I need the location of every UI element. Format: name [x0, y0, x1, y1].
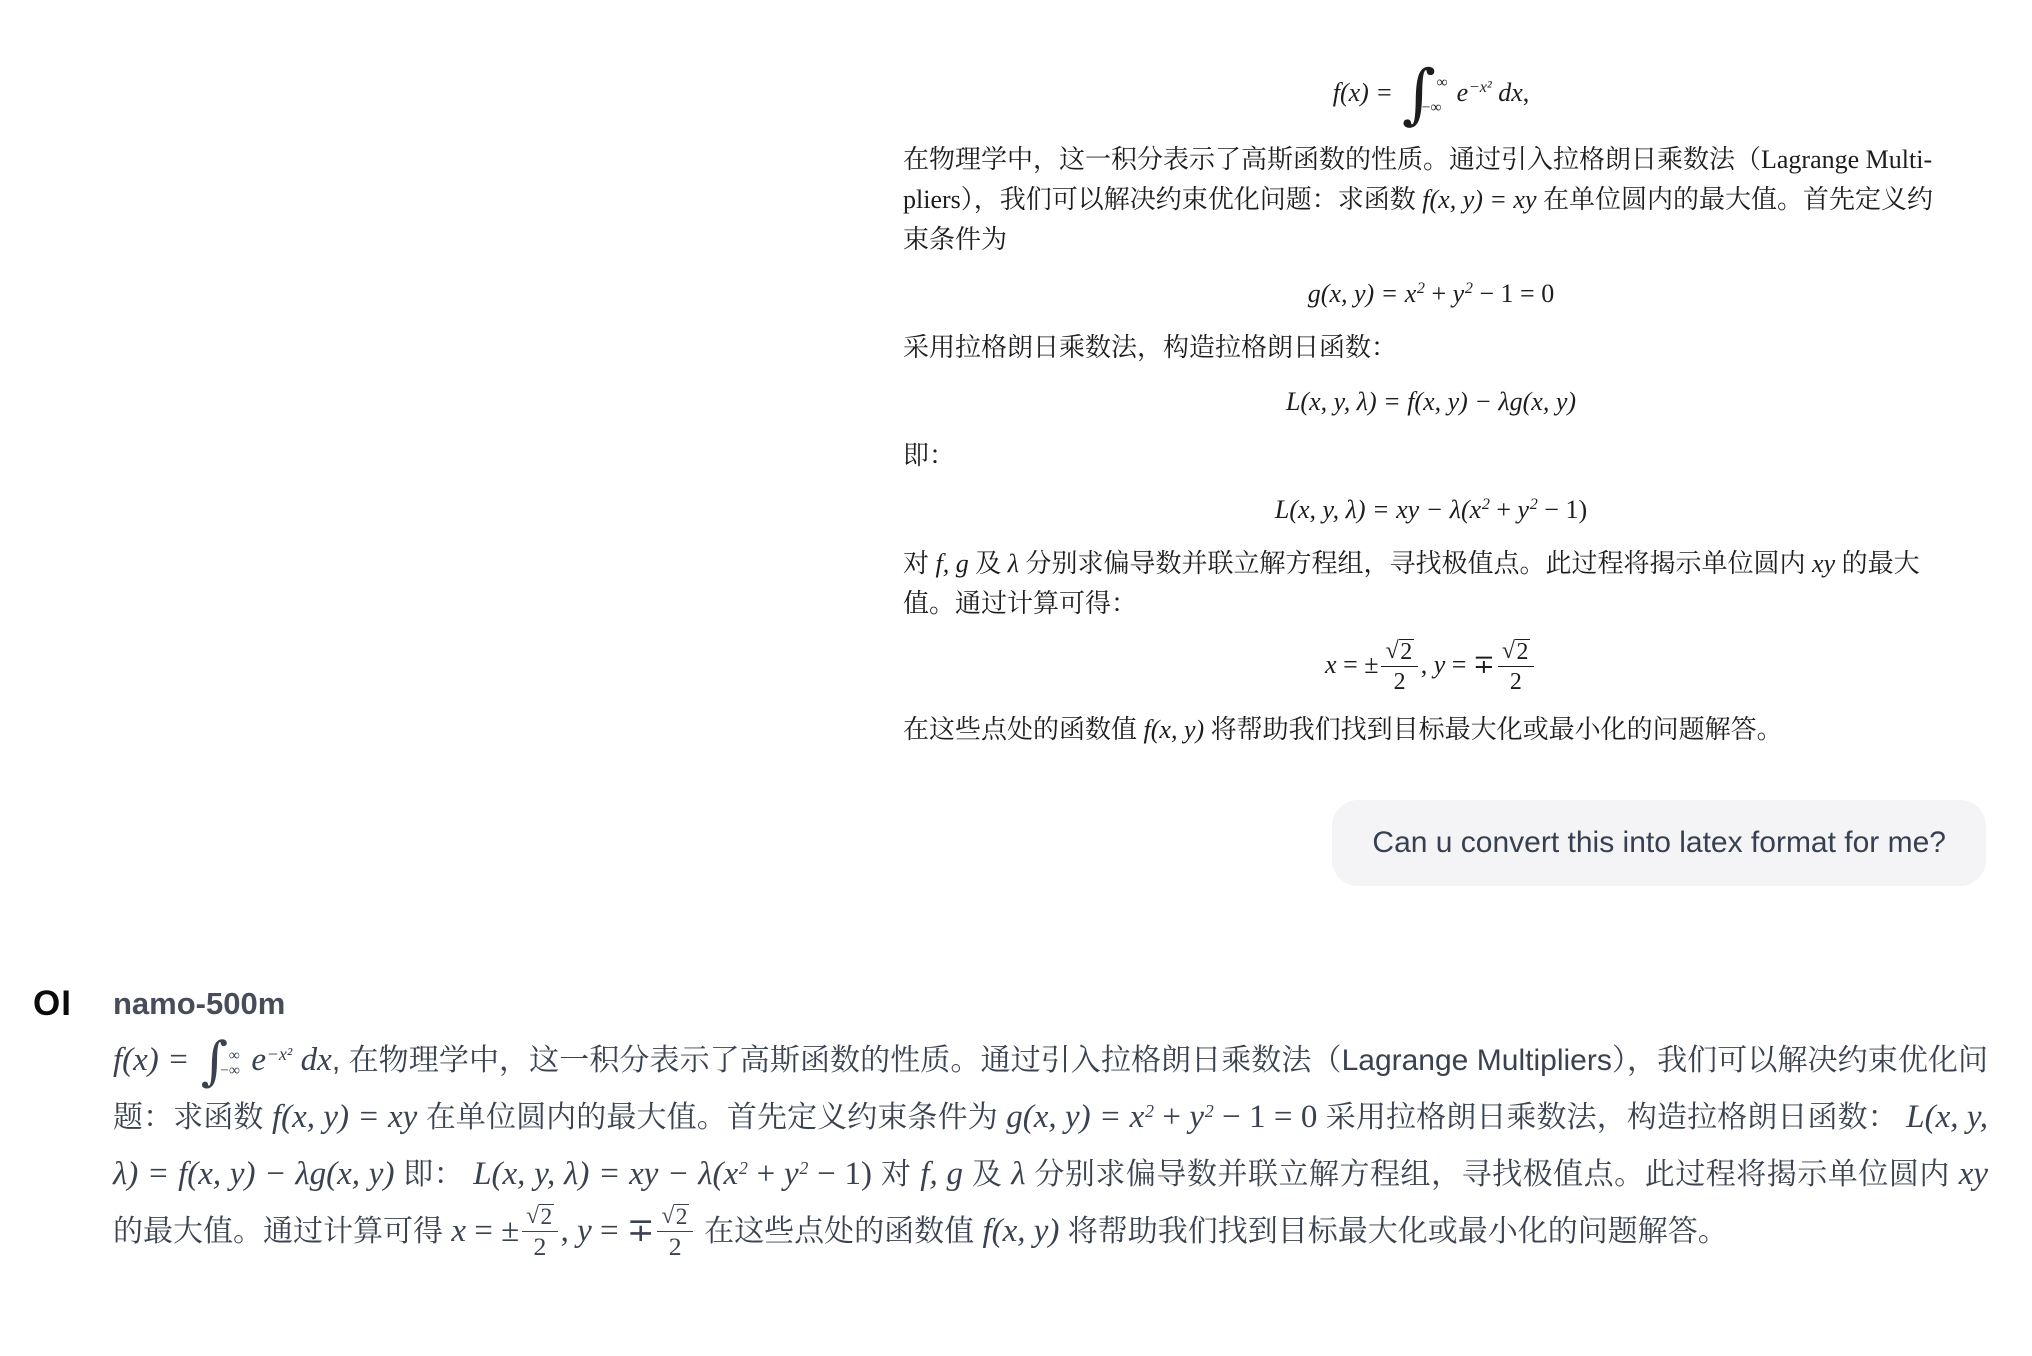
doc-text-line: 束条件为: [903, 220, 1959, 260]
doc-text-line: 即：: [903, 436, 1959, 476]
assistant-avatar-logo: OI: [33, 984, 97, 1262]
doc-formula-line: g(x, y) = x2 + y2 − 1 = 0: [903, 274, 1959, 314]
user-message-text: Can u convert this into latex format for…: [1372, 826, 1946, 859]
doc-formula-line: L(x, y, λ) = xy − λ(x2 + y2 − 1): [903, 490, 1959, 530]
latex-document-preview[interactable]: f(x) = ∫∞−∞ e−x² dx,在物理学中，这一积分表示了高斯函数的性质…: [903, 50, 1959, 750]
doc-text-line: 值。通过计算可得：: [903, 584, 1959, 624]
doc-formula-line: x = ±√22, y = ∓√22: [903, 638, 1959, 696]
doc-text-line: 对 f, g 及 λ 分别求偏导数并联立解方程组，寻找极值点。此过程将揭示单位圆…: [903, 544, 1959, 584]
doc-formula-line: f(x) = ∫∞−∞ e−x² dx,: [903, 64, 1959, 126]
assistant-message: OI namo-500m f(x) = ∫∞−∞ e−x² dx, 在物理学中，…: [33, 984, 1988, 1262]
doc-text-line: 在这些点处的函数值 f(x, y) 将帮助我们找到目标最大化或最小化的问题解答。: [903, 710, 1959, 750]
assistant-response-text: f(x) = ∫∞−∞ e−x² dx, 在物理学中，这一积分表示了高斯函数的性…: [113, 1032, 1988, 1262]
doc-text-line: 采用拉格朗日乘数法，构造拉格朗日函数：: [903, 328, 1959, 368]
assistant-content: namo-500m f(x) = ∫∞−∞ e−x² dx, 在物理学中，这一积…: [113, 984, 1988, 1262]
doc-text-line: 在物理学中，这一积分表示了高斯函数的性质。通过引入拉格朗日乘数法（Lagrang…: [903, 140, 1959, 180]
doc-text-line: pliers），我们可以解决约束优化问题：求函数 f(x, y) = xy 在单…: [903, 180, 1959, 220]
doc-formula-line: L(x, y, λ) = f(x, y) − λg(x, y): [903, 382, 1959, 422]
user-message-bubble: Can u convert this into latex format for…: [1332, 800, 1986, 886]
model-name: namo-500m: [113, 984, 1988, 1024]
